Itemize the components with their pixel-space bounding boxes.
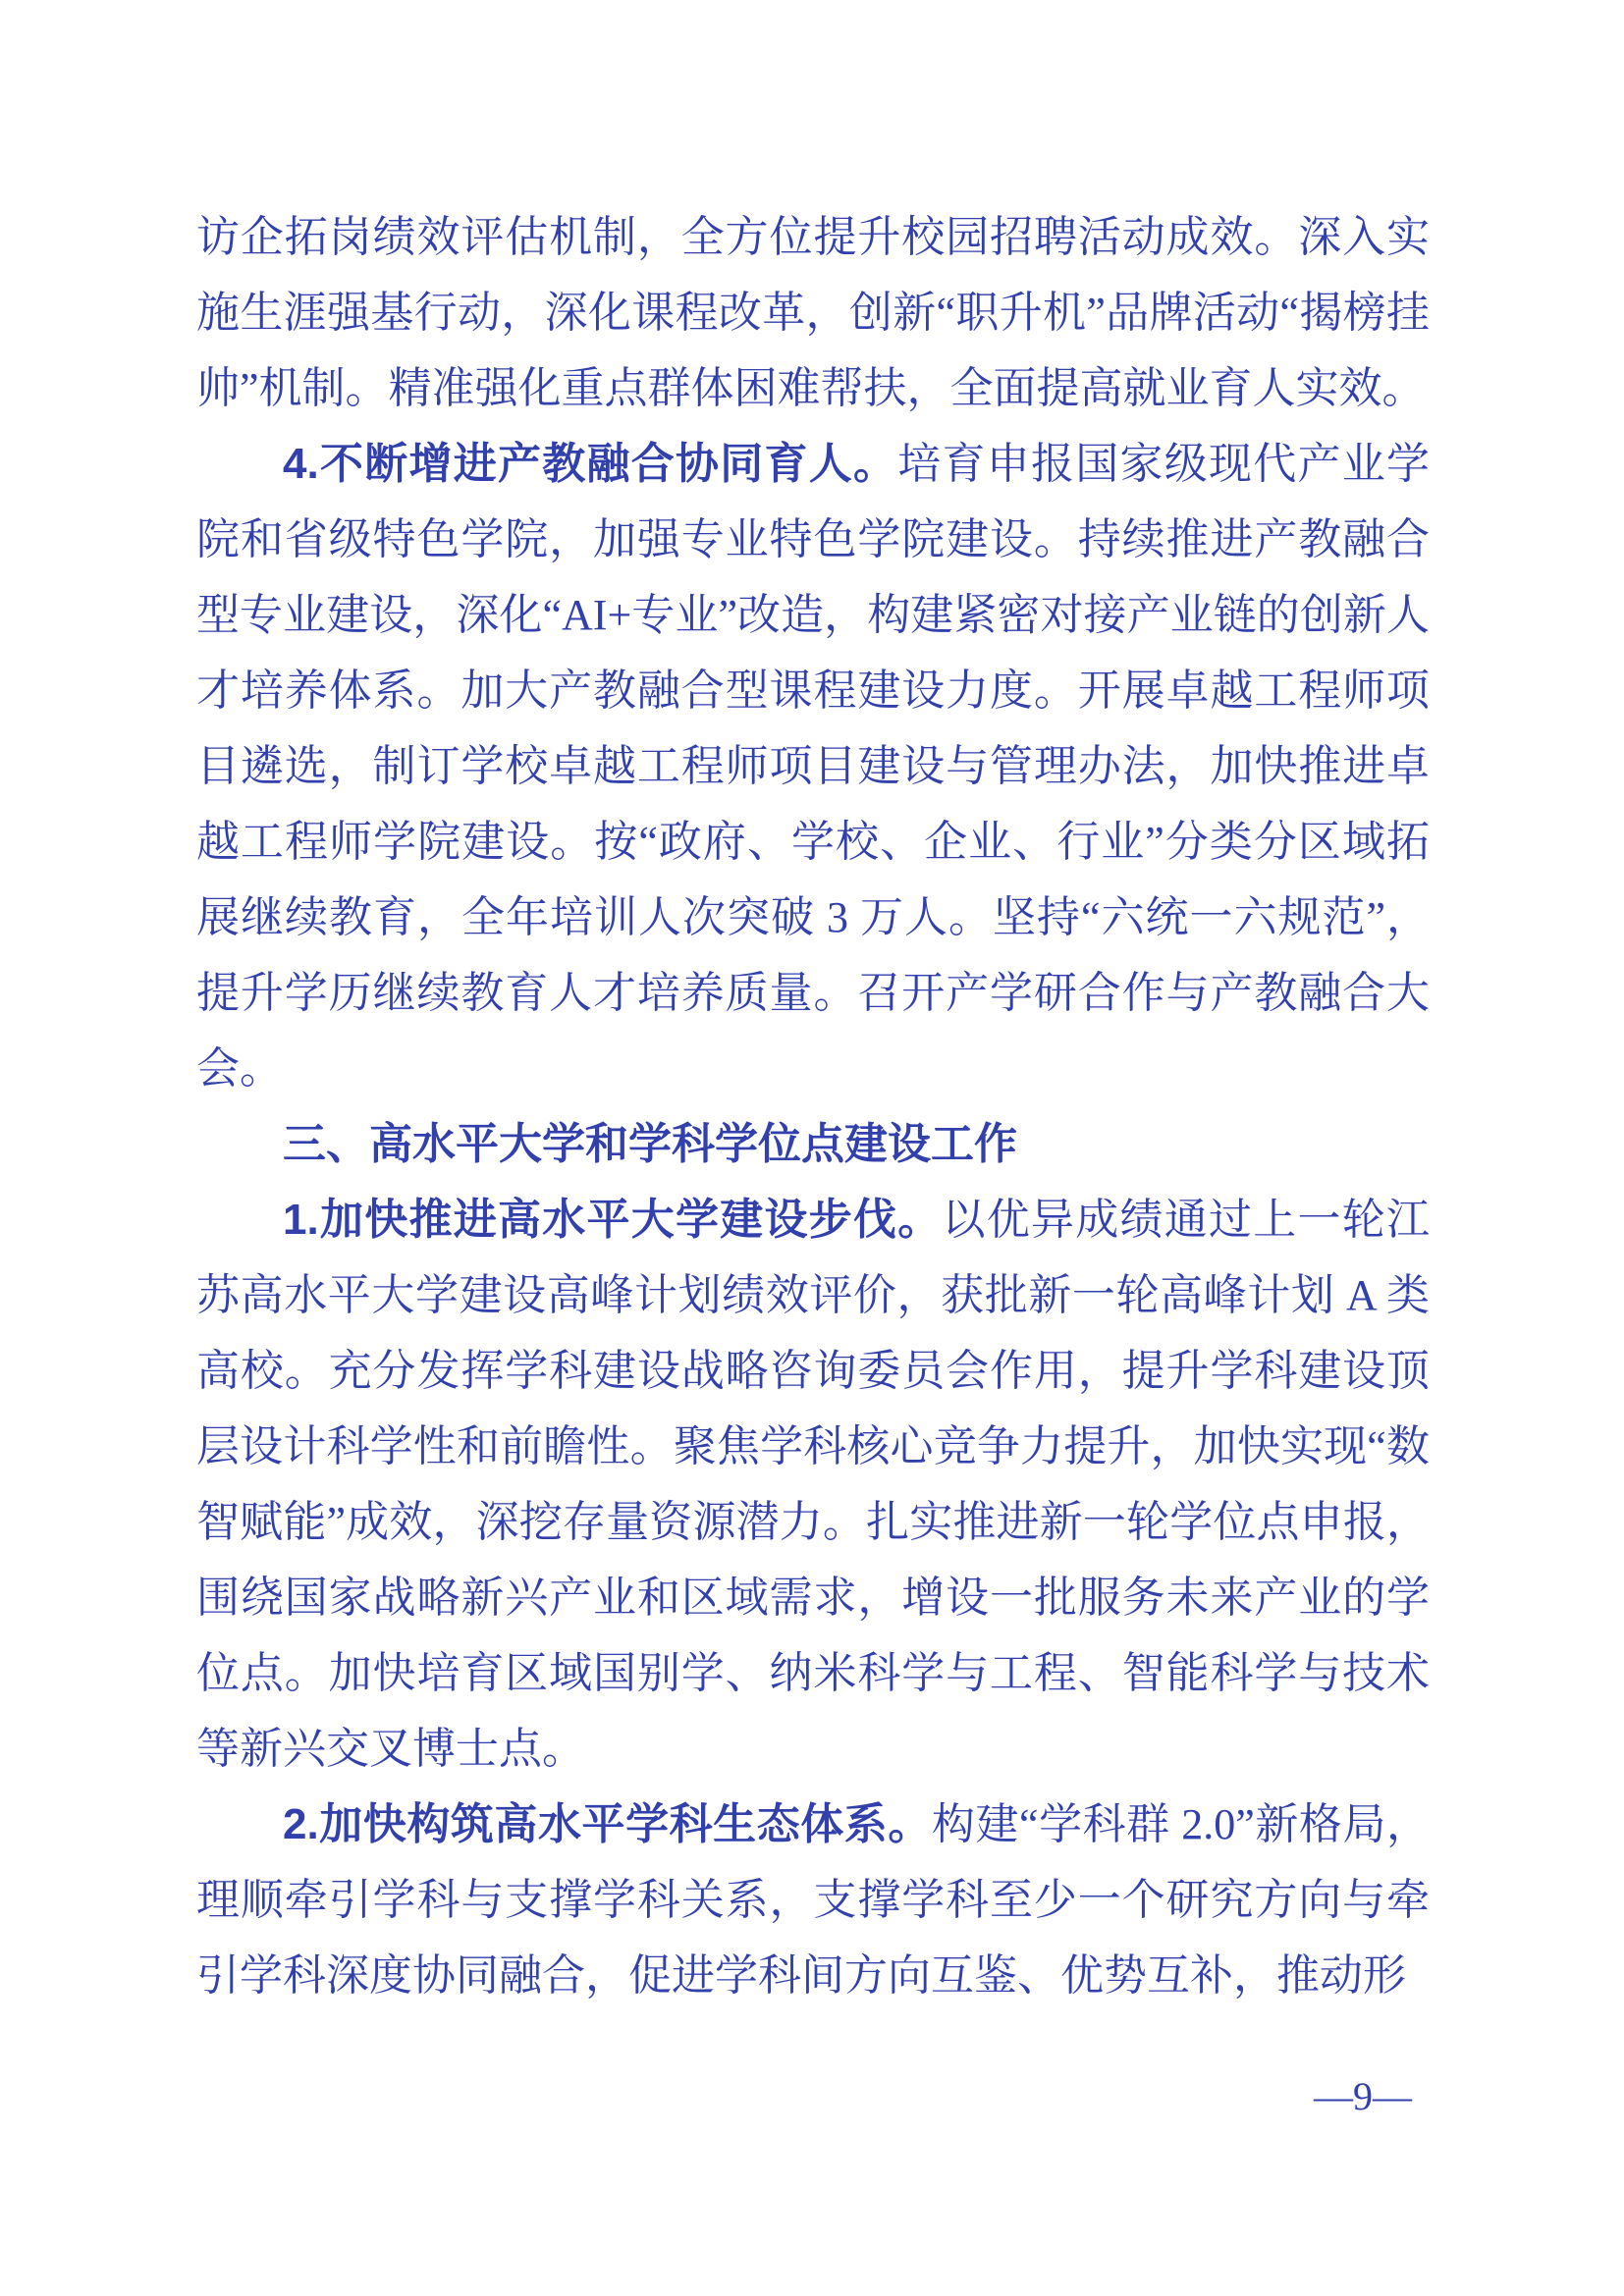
document-page: 访企拓岗绩效评估机制，全方位提升校园招聘活动成效。深入实施生涯强基行动，深化课程… [0,0,1624,2296]
paragraph-lead: 2.加快构筑高水平学科生态体系。 [283,1800,932,1848]
section-heading-text: 三、高水平大学和学科学位点建设工作 [283,1120,1017,1168]
page-number: —9— [1314,2073,1412,2120]
paragraph-item-4: 4.不断增进产教融合协同育人。培育申报国家级现代产业学院和省级特色学院，加强专业… [196,426,1430,1106]
section-heading: 三、高水平大学和学科学位点建设工作 [196,1106,1430,1182]
paragraph-item-1: 1.加快推进高水平大学建设步伐。以优异成绩通过上一轮江苏高水平大学建设高峰计划绩… [196,1182,1430,1787]
document-body: 访企拓岗绩效评估机制，全方位提升校园招聘活动成效。深入实施生涯强基行动，深化课程… [196,199,1430,2013]
paragraph-continued: 访企拓岗绩效评估机制，全方位提升校园招聘活动成效。深入实施生涯强基行动，深化课程… [196,199,1430,426]
paragraph-text: 访企拓岗绩效评估机制，全方位提升校园招聘活动成效。深入实施生涯强基行动，深化课程… [196,213,1430,412]
paragraph-text: 以优异成绩通过上一轮江苏高水平大学建设高峰计划绩效评价，获批新一轮高峰计划 A … [196,1196,1430,1773]
paragraph-text: 培育申报国家级现代产业学院和省级特色学院，加强专业特色学院建设。持续推进产教融合… [196,440,1430,1093]
paragraph-lead: 4.不断增进产教融合协同育人。 [283,440,897,488]
paragraph-lead: 1.加快推进高水平大学建设步伐。 [283,1196,942,1244]
paragraph-item-2: 2.加快构筑高水平学科生态体系。构建“学科群 2.0”新格局，理顺牵引学科与支撑… [196,1787,1430,2013]
